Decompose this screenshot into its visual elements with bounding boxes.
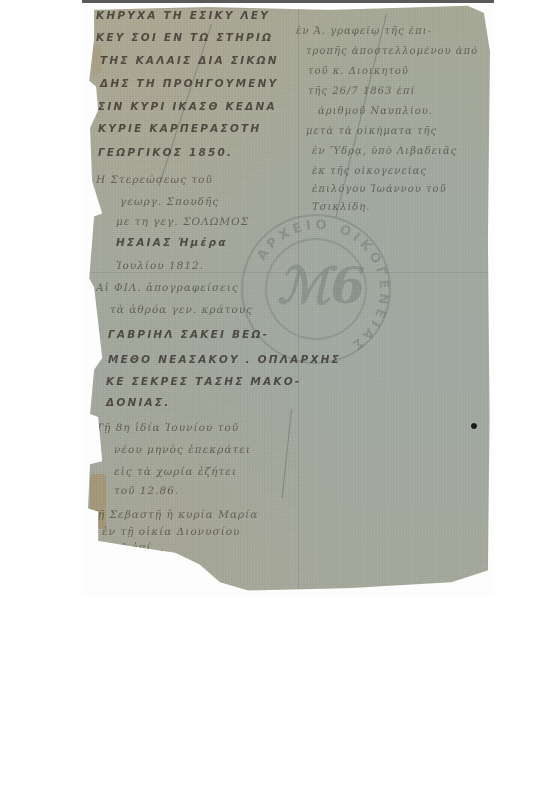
- handwritten-line: Τῇ 8η ἰδία Ἰουνίου τοῦ: [96, 422, 239, 434]
- handwritten-line: ΚΕ ΣΕΚΡΕΣ ΤΑΣΗΣ ΜΑΚΟ-: [106, 376, 301, 388]
- handwritten-line: τοῦ 12.86.: [114, 485, 179, 497]
- handwritten-line: τροπῆς ἀποστελλομένου ἀπό: [306, 46, 478, 57]
- handwritten-line: Η Στερεώσεως τοῦ: [96, 174, 213, 186]
- handwritten-line: ἐν Ἀ. γραφείῳ τῆς ἐπι-: [296, 26, 432, 37]
- handwritten-line: Τσικλίδη.: [312, 202, 370, 213]
- handwritten-line: ΔΟΝΙΑΣ.: [106, 397, 170, 409]
- handwritten-line: ΗΣΑΙΑΣ Ἡμέρα: [116, 237, 228, 249]
- handwritten-line: ἐν τῇ οἰκία Διονυσίου: [102, 526, 240, 538]
- ink-blot: [471, 423, 477, 429]
- handwritten-line: τοῦ κ. Διοικητοῦ: [308, 66, 409, 77]
- handwritten-line: ΤΗΣ ΚΑΛΑΙΣ ΔΙΑ ΣΙΚΩΝ: [100, 55, 279, 67]
- archive-stamp: ΑΡΧΕΙΟ ΟΙΚΟΓΕΝΕΙΑΣ ℳ6: [241, 214, 391, 364]
- document-page: ΑΡΧΕΙΟ ΟΙΚΟΓΕΝΕΙΑΣ ℳ6 ΚΗΡΥΧΑ ΤΗ ΕΣΙΚΥ ΛΕ…: [86, 4, 492, 594]
- handwritten-line: ΚΕΥ ΣΟΙ ΕΝ ΤΩ ΣΤΗΡΙΩ: [96, 32, 273, 44]
- handwritten-line: ΜΕΘΟ ΝΕΑΣΑΚΟΥ . ΟΠΛΑΡΧΗΣ: [108, 354, 341, 366]
- handwritten-line: ἀριθμοῦ Ναυπλίου.: [318, 106, 433, 117]
- handwritten-line: ΚΥΡΙΕ ΚΑΡΠΕΡΑΣΟΤΗ: [98, 123, 261, 135]
- handwritten-line: ΚΗΡΥΧΑ ΤΗ ΕΣΙΚΥ ΛΕΥ: [96, 10, 270, 22]
- handwritten-line: ΔΗΣ ΤΗ ΠΡΟΗΓΟΥΜΕΝΥ: [100, 78, 278, 90]
- handwritten-line: μετὰ τὰ οἰκήματα τῆς: [306, 126, 437, 137]
- stamp-monogram: ℳ6: [277, 246, 357, 326]
- handwritten-line: νέου μηνὸς ἐπεκράτει: [114, 444, 251, 456]
- handwritten-line: Τῇ Σεβαστῇ ἡ κυρία Μαρία: [90, 509, 258, 521]
- handwritten-line: Ἰουλίου 1812.: [116, 260, 204, 272]
- handwritten-line: με τη γεγ. ΣΟΛΩΜΟΣ: [116, 216, 249, 228]
- handwritten-line: ἐπιλόγου Ἰωάννου τοῦ: [312, 184, 447, 195]
- pencil-stroke: [282, 409, 292, 499]
- document-viewer: ΑΡΧΕΙΟ ΟΙΚΟΓΕΝΕΙΑΣ ℳ6 ΚΗΡΥΧΑ ΤΗ ΕΣΙΚΥ ΛΕ…: [0, 0, 549, 800]
- handwritten-line: Αἱ ΦΙΛ. ἀπογραφείσεις: [96, 282, 239, 294]
- handwritten-line: εἰς τὰ χωρία ἐζήτει: [114, 466, 237, 478]
- handwritten-line: τὰ ἀθρόα γεν. κράτους: [110, 304, 253, 316]
- handwritten-line: τῆς 26/7 1863 ἐπί: [308, 86, 415, 97]
- handwritten-line: ἐκ τῆς οἰκογενείας: [312, 166, 427, 177]
- handwritten-line: ΓΕΩΡΓΙΚΟΣ 1850.: [98, 147, 233, 159]
- handwritten-line: ἐν Ὕδρᾳ, ὑπὸ Λιβαδειᾶς: [312, 146, 457, 157]
- handwritten-line: ΣΙΝ ΚΥΡΙ ΙΚΑΣΘ ΚΕΔΝΑ: [98, 101, 277, 113]
- handwritten-line: γεωργ. Σπουδῆς: [120, 196, 219, 208]
- handwritten-line: ΓΑΒΡΙΗΛ ΣΑΚΕΙ ΒΕΩ-: [108, 329, 269, 341]
